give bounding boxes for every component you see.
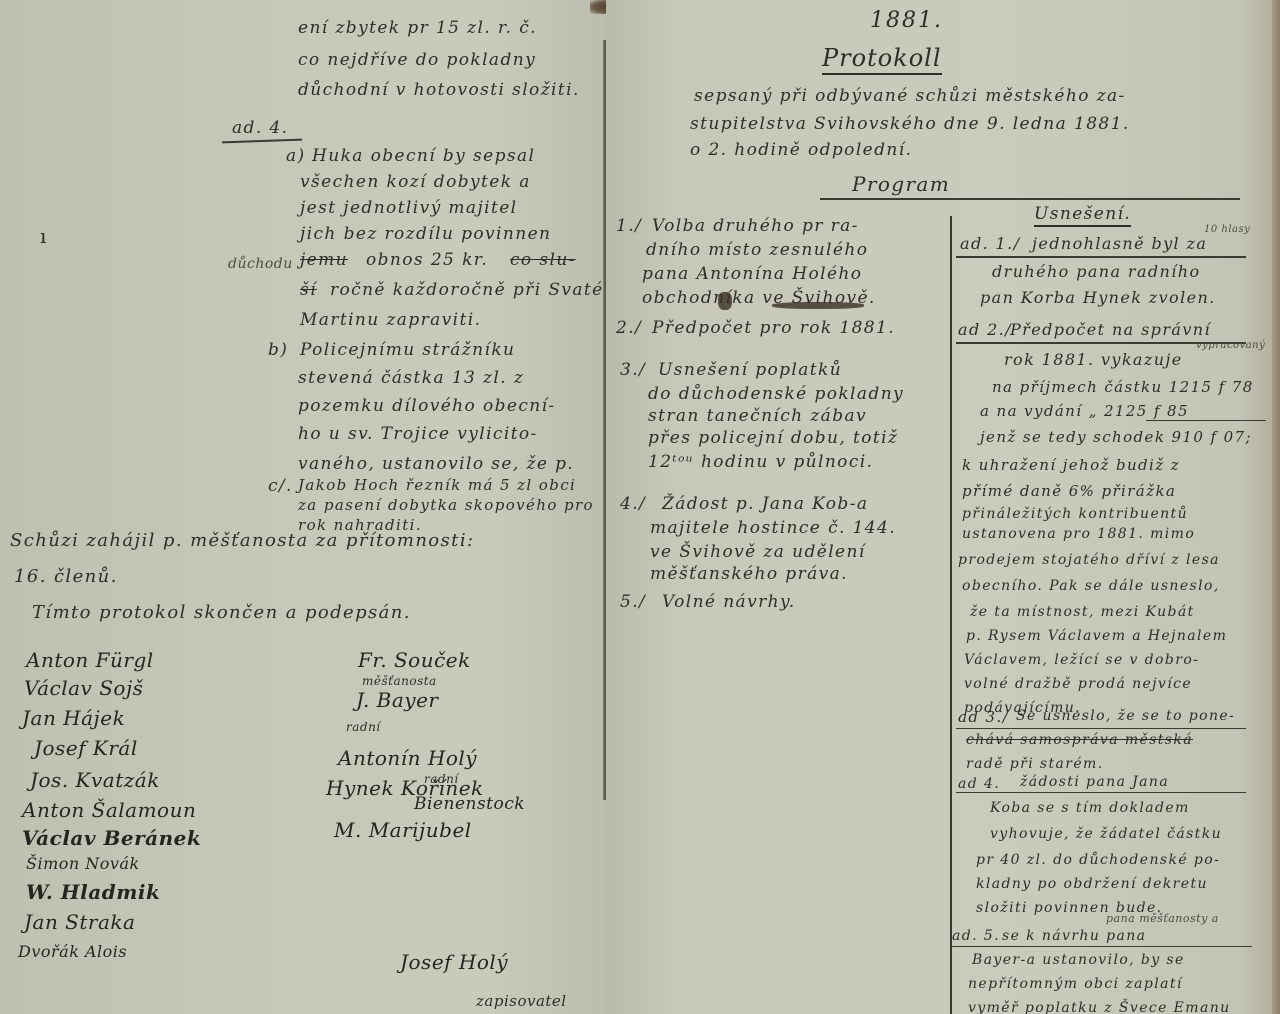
- ad4-a-line-2: všechen kozí dobytek a: [300, 172, 531, 192]
- resolution-2-line-2: rok 1881. vykazuje: [1004, 350, 1183, 369]
- resolution-2-line-3: na příjmech částku 1215 f 78: [992, 378, 1254, 396]
- ad4-label: ad. 4.: [232, 118, 288, 138]
- resolution-4-line-1: žádosti pana Jana: [1020, 774, 1169, 790]
- program-item-3-line-4: přes policejní dobu, totiž: [648, 428, 898, 448]
- signature-8: Šimon Novák: [26, 854, 140, 873]
- signature-bayer-role: radní: [346, 720, 381, 734]
- protokoll-title: Protokoll: [822, 44, 942, 72]
- ad4-b-line-2: stevená částka 13 zl. z: [298, 368, 524, 388]
- stray-ink-mark: ı: [40, 224, 48, 248]
- program-item-3-line-2: do důchodenské pokladny: [648, 384, 904, 404]
- protokoll-title-text: Protokoll: [822, 44, 942, 75]
- program-item-2-num: 2./: [616, 318, 642, 338]
- ad4-b-line-5: vaného, ustanovilo se, že p.: [298, 454, 574, 474]
- intro-line-2: stupitelstva Svihovského dne 9. ledna 18…: [690, 114, 1130, 134]
- opening-line-1: Schůzi zahájil p. měšťanosta za přítomno…: [10, 530, 474, 551]
- ad4-a-line-5: obnos 25 kr.: [366, 250, 488, 270]
- ad4-a-marker: a): [286, 146, 306, 166]
- program-item-4-line-1: Žádost p. Jana Kob-a: [662, 494, 868, 514]
- continuation-line-3: důchodní v hotovosti složiti.: [298, 80, 580, 100]
- resolution-1-rule: [956, 256, 1246, 258]
- ad4-b-line-4: ho u sv. Trojice vylicito-: [298, 424, 538, 444]
- signature-marijubel: M. Marijubel: [334, 818, 472, 842]
- ad4-a-line-6: ročně každoročně při Svatém: [330, 280, 606, 300]
- resolution-5-superscript: pana měšťanosty a: [1106, 912, 1219, 925]
- program-item-1-num: 1./: [616, 216, 642, 236]
- resolution-4-rule: [956, 792, 1246, 793]
- program-item-1-line-2: dního místo zesnulého: [646, 240, 868, 260]
- signature-recorder-role: zapisovatel: [476, 992, 567, 1010]
- signature-10: Jan Straka: [24, 910, 135, 934]
- resolution-4-line-5: kladny po obdržení dekretu: [976, 876, 1208, 892]
- resolution-1-superscript: 10 hlasy: [1204, 224, 1250, 235]
- ink-smear: [772, 302, 864, 309]
- ad4-underline: [222, 139, 302, 143]
- program-item-5-num: 5./: [620, 592, 646, 612]
- signature-2: Václav Sojš: [24, 676, 143, 700]
- continuation-line-1: ení zbytek pr 15 zl. r. č.: [298, 18, 537, 38]
- signature-3: Jan Hájek: [22, 706, 125, 730]
- page-edge: [1272, 0, 1280, 1014]
- program-item-5-line-1: Volné návrhy.: [662, 592, 796, 612]
- resolution-2-line-12: že ta místnost, mezi Kubát: [970, 604, 1195, 620]
- program-item-2-line-1: Předpočet pro rok 1881.: [652, 318, 895, 338]
- resolution-2-label: ad 2./: [958, 320, 1012, 339]
- resolution-2-line-7: přímé daně 6% přirážka: [962, 482, 1176, 500]
- resolution-5-line-3: nepřítomným obci zaplatí: [968, 976, 1183, 992]
- ad4-b-marker: b): [268, 340, 288, 360]
- resolution-2-line-13: p. Rysem Václavem a Hejnalem: [966, 628, 1227, 644]
- resolution-2-line-15: volné dražbě prodá nejvíce: [964, 676, 1192, 692]
- closing-line: Tímto protokol skončen a podepsán.: [32, 602, 411, 623]
- column-divider: [950, 216, 952, 1014]
- resolution-1-label: ad. 1./: [960, 234, 1020, 253]
- resolution-2-superscript: vypracovaný: [1196, 340, 1265, 351]
- signature-mayor-role: měšťanosta: [362, 674, 437, 688]
- signature-6: Anton Šalamoun: [22, 798, 196, 822]
- program-heading: Program: [852, 172, 950, 196]
- resolution-3-line-3: radě při starém.: [966, 756, 1104, 772]
- opening-line-2: 16. členů.: [14, 566, 118, 587]
- program-item-4-line-2: majitele hostince č. 144.: [650, 518, 896, 538]
- resolution-5-line-1: se k návrhu pana: [1002, 928, 1146, 944]
- resolution-2-line-5: jenž se tedy schodek 910 f 07;: [980, 428, 1252, 446]
- signature-9: W. Hladmik: [26, 880, 160, 904]
- resolution-3-rule: [956, 728, 1246, 729]
- signature-4: Josef Král: [34, 736, 138, 760]
- signature-mayor: Fr. Souček: [358, 648, 471, 672]
- resolution-5-rule: [952, 946, 1252, 947]
- ad4-a-line-4: jich bez rozdílu povinnen: [300, 224, 551, 244]
- resolutions-heading: Usnešení.: [1034, 204, 1131, 224]
- resolutions-heading-text: Usnešení.: [1034, 204, 1131, 227]
- resolution-2-line-4: a na vydání „ 2125 f 85: [980, 402, 1189, 420]
- signature-5: Jos. Kvatzák: [30, 768, 160, 792]
- ad4-a-line-7: Martinu zapraviti.: [300, 310, 481, 330]
- continuation-line-2: co nejdříve do pokladny: [298, 50, 536, 70]
- program-heading-rule: [820, 198, 1240, 200]
- year-heading: 1881.: [870, 8, 943, 33]
- resolution-3-line-2: chává samospráva městská: [966, 732, 1193, 748]
- resolution-1-line-3: pan Korba Hynek zvolen.: [980, 288, 1216, 307]
- signature-7: Václav Beránek: [22, 826, 201, 850]
- resolution-2-line-9: ustanovena pro 1881. mimo: [962, 526, 1195, 542]
- resolution-3-line-1: Se usneslo, že se to pone-: [1016, 708, 1235, 724]
- resolution-4-label: ad 4.: [958, 776, 1000, 792]
- signature-recorder: Josef Holý: [400, 950, 508, 974]
- program-item-1-line-3: pana Antonína Holého: [642, 264, 862, 284]
- margin-note-duchodu: důchodu: [228, 256, 293, 272]
- ad4-a-line-3: jest jednotlivý majitel: [300, 198, 518, 218]
- signature-hynek-role: radní: [424, 772, 459, 786]
- program-item-3-line-1: Usnešení poplatků: [658, 360, 842, 380]
- resolution-4-line-2: Koba se s tím dokladem: [990, 800, 1190, 816]
- resolution-2-line-6: k uhražení jehož budiž z: [962, 456, 1180, 474]
- resolution-5-line-4: vyměř poplatku z Švece Emanu: [968, 1000, 1231, 1014]
- resolution-2-line-14: Václavem, ležící se v dobro-: [964, 652, 1199, 668]
- signature-bayer: J. Bayer: [356, 688, 439, 712]
- program-item-3-line-5: 12ᵗᵒᵘ hodinu v půlnoci.: [648, 452, 873, 472]
- resolution-2-line-10: prodejem stojatého dříví z lesa: [958, 552, 1220, 568]
- struck-word-jemu: jemu: [300, 250, 348, 270]
- ad4-c-line-1: Jakob Hoch řezník má 5 zl obci: [298, 476, 576, 494]
- ad4-c-marker: c/.: [268, 476, 293, 496]
- resolution-4-line-4: pr 40 zl. do důchodenské po-: [976, 852, 1220, 868]
- ad4-b-line-1: Policejnímu strážníku: [300, 340, 515, 360]
- ledger-book: ení zbytek pr 15 zl. r. č. co nejdříve d…: [0, 0, 1280, 1014]
- resolution-2-line-8: přináležitých kontribuentů: [962, 506, 1188, 522]
- resolution-2-line-11: obecního. Pak se dále usneslo,: [962, 578, 1220, 594]
- ad4-b-line-3: pozemku dílového obecní-: [298, 396, 556, 416]
- resolution-2-line-1: Předpočet na správní: [1010, 320, 1211, 339]
- struck-word-co-slu: co slu-: [510, 250, 576, 270]
- ink-blot: [718, 292, 732, 310]
- program-item-4-line-3: ve Švihově za udělení: [650, 542, 866, 562]
- sum-rule: [1146, 420, 1266, 421]
- ad4-a-line-1: Huka obecní by sepsal: [312, 146, 535, 166]
- program-item-3-line-3: stran tanečních zábav: [648, 406, 867, 426]
- left-page: ení zbytek pr 15 zl. r. č. co nejdříve d…: [0, 0, 606, 1014]
- struck-word-si: ší: [300, 280, 317, 300]
- program-item-1-line-1: Volba druhého pr ra-: [652, 216, 859, 236]
- ad4-c-line-2: za pasení dobytka skopového pro: [298, 496, 594, 514]
- program-item-4-num: 4./: [620, 494, 646, 514]
- intro-line-3: o 2. hodině odpolední.: [690, 140, 912, 160]
- signature-bienenstock: Bienenstock: [414, 794, 525, 814]
- resolution-1-line-1: jednohlasně byl za: [1032, 234, 1207, 253]
- signature-holy-antonin: Antonín Holý: [338, 746, 477, 770]
- resolution-3-label: ad 3./: [958, 708, 1009, 726]
- resolution-4-line-3: vyhovuje, že žádatel částku: [990, 826, 1222, 842]
- resolution-1-line-2: druhého pana radního: [992, 262, 1201, 281]
- intro-line-1: sepsaný při odbývané schůzi městského za…: [694, 86, 1126, 106]
- signature-11: Dvořák Alois: [18, 942, 127, 961]
- resolution-5-label: ad. 5.: [952, 928, 1000, 944]
- right-page: 1881. Protokoll sepsaný při odbývané sch…: [606, 0, 1272, 1014]
- program-item-3-num: 3./: [620, 360, 646, 380]
- resolution-5-line-2: Bayer-a ustanovilo, by se: [972, 952, 1185, 968]
- program-item-4-line-4: měšťanského práva.: [650, 564, 848, 584]
- signature-1: Anton Fürgl: [26, 648, 154, 672]
